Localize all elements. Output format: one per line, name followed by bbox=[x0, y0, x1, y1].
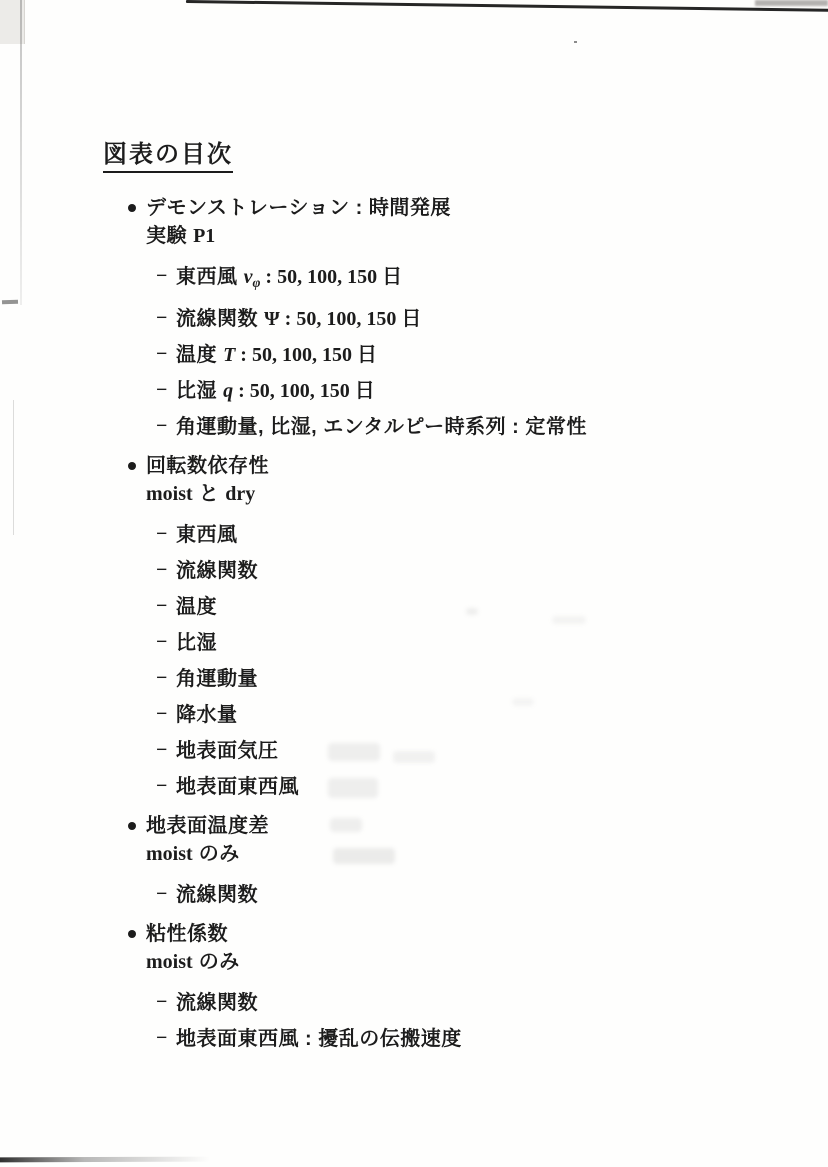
heading-text: moist bbox=[146, 951, 193, 973]
toc-item-text: 降水量 bbox=[176, 704, 238, 726]
section-heading-line: 地表面温度差 bbox=[146, 812, 763, 840]
toc-item-text: 角運動量, 比湿, エンタルピー時系列 : 定常性 bbox=[176, 416, 587, 438]
section-heading-line: moist のみ bbox=[146, 948, 763, 976]
toc-item: −東西風 bbox=[176, 524, 763, 546]
heading-text: P1 bbox=[193, 225, 215, 247]
toc-item-text: : 50, 100, 150 bbox=[233, 380, 355, 402]
toc-item-text: : 50, 100, 150 bbox=[235, 344, 357, 366]
toc-item: −降水量 bbox=[176, 704, 763, 726]
section-heading: 粘性係数moist のみ bbox=[146, 920, 763, 976]
section-heading-line: 粘性係数 bbox=[146, 920, 763, 948]
heading-text: 粘性係数 bbox=[146, 923, 228, 945]
heading-text: moist bbox=[146, 483, 193, 505]
toc-item: −角運動量, 比湿, エンタルピー時系列 : 定常性 bbox=[176, 416, 763, 438]
toc-item: −比湿 bbox=[176, 632, 763, 654]
toc-item-text: 比湿 bbox=[176, 380, 223, 402]
heading-text: 回転数依存性 bbox=[146, 455, 269, 477]
toc-item-text: Ψ : 50, 100, 150 bbox=[264, 308, 401, 330]
dash-icon: − bbox=[156, 307, 167, 329]
dash-icon: − bbox=[156, 265, 167, 287]
toc-item-text: 流線関数 bbox=[176, 992, 258, 1014]
scan-artifact-left-line-2 bbox=[13, 400, 14, 535]
section-heading: デモンストレーション : 時間発展実験 P1 bbox=[146, 194, 763, 250]
scan-artifact-speck bbox=[574, 41, 577, 43]
toc-section: 地表面温度差moist のみ−流線関数 bbox=[146, 812, 763, 906]
dash-icon: − bbox=[156, 379, 167, 401]
dash-icon: − bbox=[156, 523, 167, 545]
toc-item-text: 流線関数 bbox=[176, 308, 264, 330]
bullet-icon bbox=[128, 462, 136, 470]
toc-section: 回転数依存性moist と dry−東西風−流線関数−温度−比湿−角運動量−降水… bbox=[146, 452, 763, 798]
toc-item: −地表面東西風 : 擾乱の伝搬速度 bbox=[176, 1028, 763, 1050]
heading-text: のみ bbox=[193, 951, 240, 973]
bullet-icon bbox=[128, 822, 136, 830]
toc-item-text: 角運動量 bbox=[176, 668, 258, 690]
toc-item-text: 比湿 bbox=[176, 632, 217, 654]
toc-section: 粘性係数moist のみ−流線関数−地表面東西風 : 擾乱の伝搬速度 bbox=[146, 920, 763, 1050]
dash-icon: − bbox=[156, 1027, 167, 1049]
page-title: 図表の目次 bbox=[103, 143, 233, 173]
dash-icon: − bbox=[156, 667, 167, 689]
toc-item-text: q bbox=[223, 380, 233, 402]
toc-sections: デモンストレーション : 時間発展実験 P1−東西風 vφ : 50, 100,… bbox=[103, 194, 763, 1050]
toc-item-list: −東西風−流線関数−温度−比湿−角運動量−降水量−地表面気圧−地表面東西風 bbox=[176, 524, 763, 798]
bullet-icon bbox=[128, 204, 136, 212]
heading-text: 地表面温度差 bbox=[146, 815, 269, 837]
section-heading-line: デモンストレーション : 時間発展 bbox=[146, 194, 763, 222]
toc-section: デモンストレーション : 時間発展実験 P1−東西風 vφ : 50, 100,… bbox=[146, 194, 763, 438]
toc-item-list: −流線関数 bbox=[176, 884, 763, 906]
section-heading-line: moist と dry bbox=[146, 480, 763, 508]
dash-icon: − bbox=[156, 775, 167, 797]
scan-artifact-bottom-streak bbox=[0, 1157, 210, 1163]
dash-icon: − bbox=[156, 883, 167, 905]
toc-item: −地表面東西風 bbox=[176, 776, 763, 798]
toc-item-text: : 50, 100, 150 bbox=[260, 266, 382, 288]
section-heading-line: moist のみ bbox=[146, 840, 763, 868]
heading-text: dry bbox=[225, 483, 255, 505]
heading-text: のみ bbox=[193, 843, 240, 865]
toc-item-text: 東西風 bbox=[176, 266, 244, 288]
scan-artifact-top-edge bbox=[186, 0, 828, 12]
dash-icon: − bbox=[156, 991, 167, 1013]
toc-item-text: 温度 bbox=[176, 596, 217, 618]
toc-item-list: −東西風 vφ : 50, 100, 150 日−流線関数 Ψ : 50, 10… bbox=[176, 266, 763, 438]
dash-icon: − bbox=[156, 631, 167, 653]
toc-item-text: 日 bbox=[357, 344, 378, 366]
toc-item-text: 日 bbox=[401, 308, 422, 330]
dash-icon: − bbox=[156, 739, 167, 761]
toc-item: −東西風 vφ : 50, 100, 150 日 bbox=[176, 266, 763, 294]
toc-item-text: 地表面気圧 bbox=[176, 740, 279, 762]
toc-item: −角運動量 bbox=[176, 668, 763, 690]
toc-item-list: −流線関数−地表面東西風 : 擾乱の伝搬速度 bbox=[176, 992, 763, 1050]
toc-item-text: T bbox=[223, 344, 235, 366]
heading-text: と bbox=[193, 483, 226, 505]
toc-item: −流線関数 bbox=[176, 560, 763, 582]
toc-item-text: 地表面東西風 bbox=[176, 776, 299, 798]
section-heading-line: 実験 P1 bbox=[146, 222, 763, 250]
heading-text: moist bbox=[146, 843, 193, 865]
toc-item: −比湿 q : 50, 100, 150 日 bbox=[176, 380, 763, 402]
document-content: 図表の目次 デモンストレーション : 時間発展実験 P1−東西風 vφ : 50… bbox=[103, 143, 763, 1064]
bullet-icon bbox=[128, 930, 136, 938]
section-heading: 回転数依存性moist と dry bbox=[146, 452, 763, 508]
dash-icon: − bbox=[156, 595, 167, 617]
scan-artifact-left-line bbox=[20, 0, 22, 305]
scanned-page: 図表の目次 デモンストレーション : 時間発展実験 P1−東西風 vφ : 50… bbox=[0, 0, 828, 1167]
section-heading-line: 回転数依存性 bbox=[146, 452, 763, 480]
heading-text: デモンストレーション : 時間発展 bbox=[146, 197, 451, 219]
toc-item-text: 日 bbox=[382, 266, 403, 288]
toc-item: −温度 T : 50, 100, 150 日 bbox=[176, 344, 763, 366]
scan-artifact-left-strip bbox=[0, 0, 25, 44]
toc-item-text: 東西風 bbox=[176, 524, 238, 546]
dash-icon: − bbox=[156, 415, 167, 437]
toc-item-text: 日 bbox=[355, 380, 376, 402]
toc-item: −流線関数 bbox=[176, 884, 763, 906]
dash-icon: − bbox=[156, 559, 167, 581]
heading-text: 実験 bbox=[146, 225, 193, 247]
toc-item: −流線関数 bbox=[176, 992, 763, 1014]
dash-icon: − bbox=[156, 343, 167, 365]
toc-item-text: 流線関数 bbox=[176, 884, 258, 906]
dash-icon: − bbox=[156, 703, 167, 725]
toc-item-text: 流線関数 bbox=[176, 560, 258, 582]
scan-artifact-top-right bbox=[755, 0, 828, 6]
scan-artifact-left-tick bbox=[2, 300, 18, 305]
toc-item: −流線関数 Ψ : 50, 100, 150 日 bbox=[176, 308, 763, 330]
toc-item: −地表面気圧 bbox=[176, 740, 763, 762]
toc-item: −温度 bbox=[176, 596, 763, 618]
section-heading: 地表面温度差moist のみ bbox=[146, 812, 763, 868]
toc-item-text: 温度 bbox=[176, 344, 223, 366]
toc-item-text: 地表面東西風 : 擾乱の伝搬速度 bbox=[176, 1028, 462, 1050]
